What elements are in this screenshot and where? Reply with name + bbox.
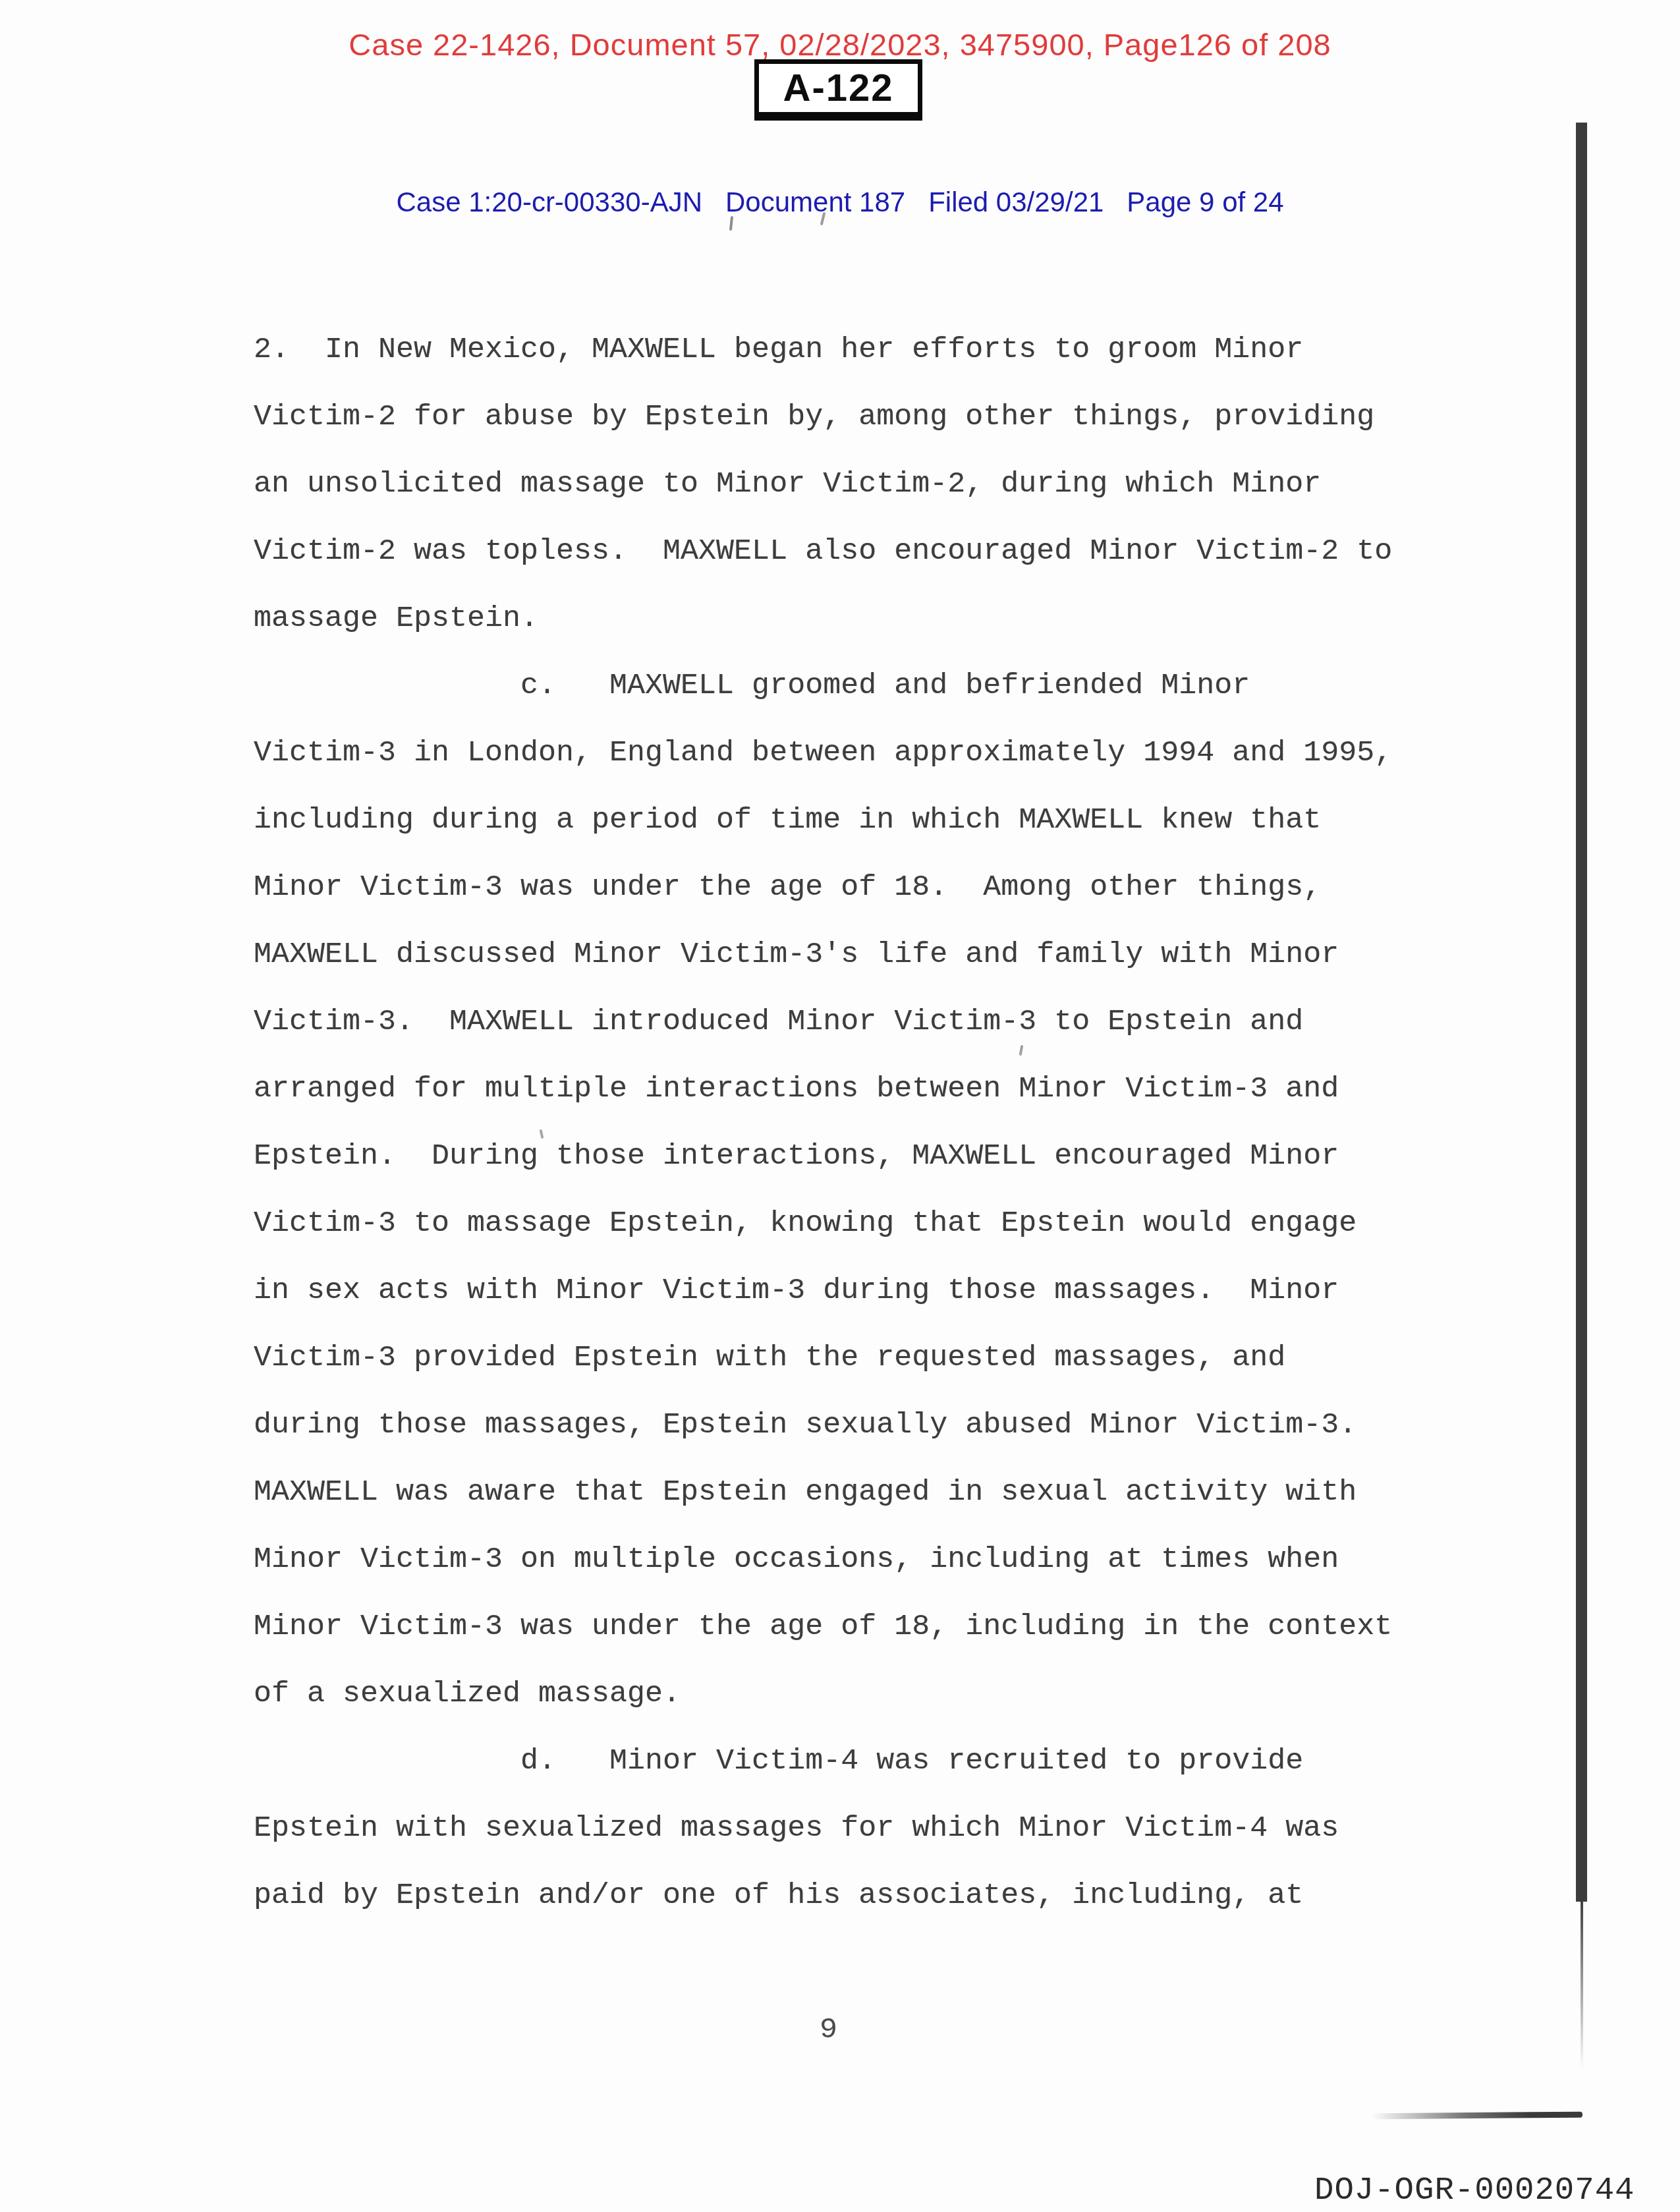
appendix-stamp-label: A-122	[783, 69, 894, 107]
page-number: 9	[820, 2015, 837, 2045]
bates-number: DOJ-OGR-00020744	[1314, 2174, 1635, 2207]
appendix-stamp: A-122	[754, 59, 922, 121]
scanned-court-document-page: Case 22-1426, Document 57, 02/28/2023, 3…	[0, 0, 1680, 2212]
scan-vertical-line	[1576, 123, 1587, 1902]
district-case-header: Case 1:20-cr-00330-AJN Document 187 File…	[0, 187, 1680, 217]
scan-vertical-line-tail	[1581, 1898, 1583, 2069]
document-body-text: 2. In New Mexico, MAXWELL began her effo…	[254, 316, 1392, 1929]
appellate-case-header: Case 22-1426, Document 57, 02/28/2023, 3…	[0, 28, 1680, 62]
scan-smudge-line	[1372, 2112, 1582, 2120]
scan-artifact-mark	[729, 216, 733, 231]
